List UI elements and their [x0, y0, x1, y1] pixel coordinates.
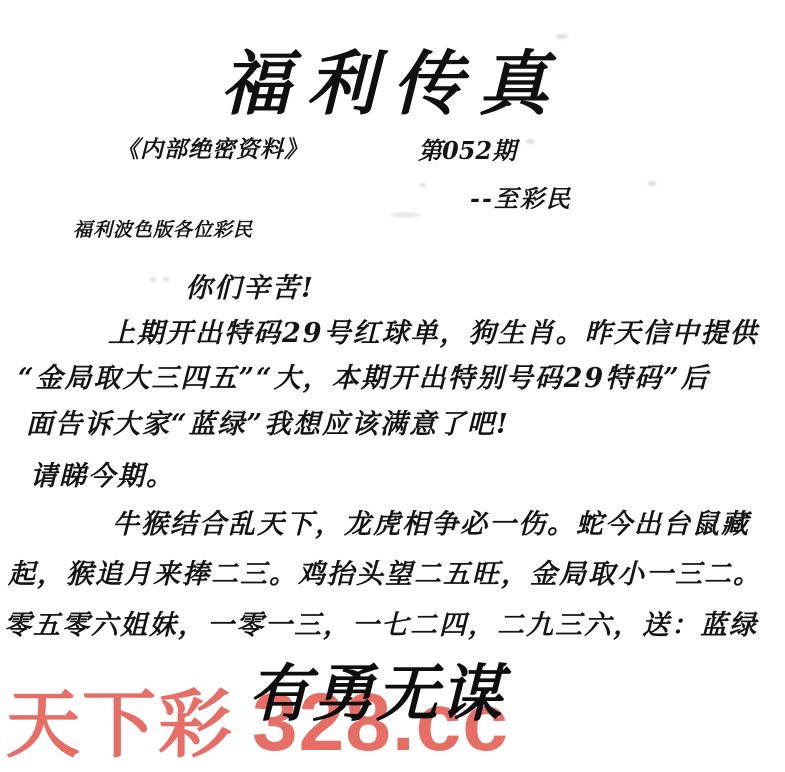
body-line-5: 牛猴结合乱天下，龙虎相争必一伤。蛇今出台鼠藏 [112, 502, 750, 541]
edition-line: 福利波色版各位彩民 [73, 215, 253, 242]
scan-smudge [163, 277, 169, 282]
watermark-site-name: 天下彩 [6, 666, 234, 772]
issue-number: 第052期 [418, 131, 516, 166]
classification-label: 《内部绝密资料》 [116, 131, 308, 164]
addressee-line: --至彩民 [470, 179, 572, 214]
body-line-4: 请睇今期。 [30, 454, 175, 493]
scan-smudge [150, 277, 156, 282]
body-line-6: 起，猴追月来捧二三。鸡抬头望二五旺，金局取小一三二。 [8, 552, 762, 591]
greeting-line: 你们辛苦! [185, 266, 315, 305]
body-line-3: 面告诉大家“蓝绿”我想应该满意了吧! [26, 402, 510, 441]
fax-document: 福利传真 《内部绝密资料》 第052期 --至彩民 福利波色版各位彩民 你们辛苦… [0, 0, 785, 772]
document-title: 福利传真 [0, 28, 785, 129]
body-line-1: 上期开出特码29号红球单，狗生肖。昨天信中提供 [108, 311, 759, 350]
scan-smudge [420, 183, 426, 187]
slogan-calligraphy: 有勇无谋 [248, 644, 504, 733]
body-line-2: “金局取大三四五”“大，本期开出特别号码29特码”后 [18, 356, 710, 395]
scan-smudge [648, 181, 656, 186]
body-line-7: 零五零六姐妹，一零一三，一七二四，二九三六，送：蓝绿 [4, 603, 758, 642]
scan-smudge [390, 212, 420, 218]
scan-smudge [526, 139, 535, 144]
